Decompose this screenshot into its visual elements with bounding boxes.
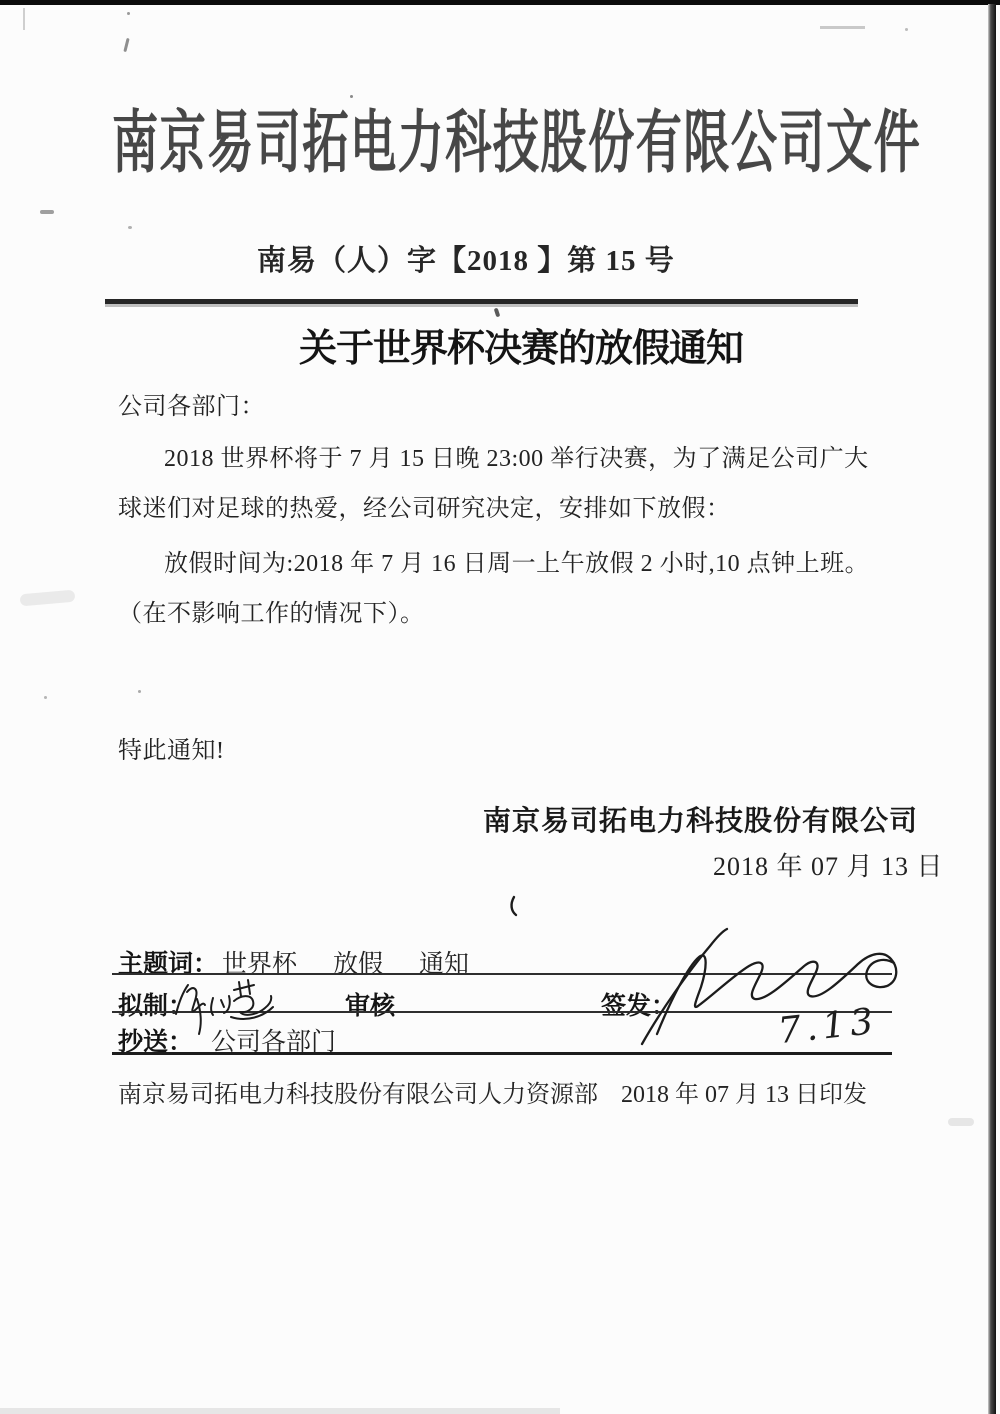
scan-speck <box>350 95 353 98</box>
footer-rule-2 <box>112 1011 892 1013</box>
footer-rule-1 <box>112 973 892 975</box>
footer-rule-3 <box>112 1052 892 1055</box>
scanned-document-page: 南京易司拓电力科技股份有限公司文件 南易（人）字【2018 】第 15 号 关于… <box>0 0 1000 1414</box>
handwriting-overlay <box>0 0 1000 1414</box>
closing-phrase: 特此通知! <box>118 730 225 765</box>
scan-speck <box>905 28 908 31</box>
scan-speck <box>127 12 130 15</box>
scan-speck <box>128 226 132 229</box>
review-label: 审核 <box>345 986 395 1022</box>
signature-date: 2018 年 07 月 13 日 <box>713 846 944 883</box>
drafted-label: 拟制： <box>118 986 193 1022</box>
salutation: 公司各部门： <box>118 386 265 421</box>
signature-company-name: 南京易司拓电力科技股份有限公司 <box>483 799 918 839</box>
body-line: （在不影响工作的情况下）。 <box>118 593 425 628</box>
issued-label: 签发： <box>601 986 676 1022</box>
scan-speck <box>0 1408 560 1414</box>
scan-speck <box>123 38 129 52</box>
body-line: 放假时间为:2018 年 7 月 16 日周一上午放假 2 小时,10 点钟上班… <box>118 543 869 578</box>
document-number: 南易（人）字【2018 】第 15 号 <box>257 238 675 279</box>
company-letterhead-title: 南京易司拓电力科技股份有限公司文件 <box>112 98 921 190</box>
scan-speck <box>44 696 47 699</box>
body-line: 球迷们对足球的热爱，经公司研究决定，安排如下放假： <box>118 488 731 523</box>
notice-title: 关于世界杯决赛的放假通知 <box>299 317 743 372</box>
scan-top-edge <box>0 0 1000 5</box>
scan-speck <box>494 308 501 318</box>
scan-speck <box>20 590 76 607</box>
body-line: 2018 世界杯将于 7 月 15 日晚 23:00 举行决赛，为了满足公司广大 <box>118 438 869 473</box>
scan-speck <box>40 210 54 214</box>
scan-speck <box>948 1118 974 1126</box>
header-separator-rule <box>105 299 858 304</box>
handwritten-date: 7.13 <box>776 1001 880 1052</box>
issuing-department: 南京易司拓电力科技股份有限公司人力资源部 <box>118 1074 598 1109</box>
scan-speck <box>23 8 25 30</box>
print-date: 2018 年 07 月 13 日印发 <box>621 1074 867 1109</box>
scan-speck <box>138 690 141 693</box>
scan-speck <box>820 26 865 29</box>
scan-right-edge <box>988 4 996 1414</box>
ink-mark <box>512 897 516 915</box>
